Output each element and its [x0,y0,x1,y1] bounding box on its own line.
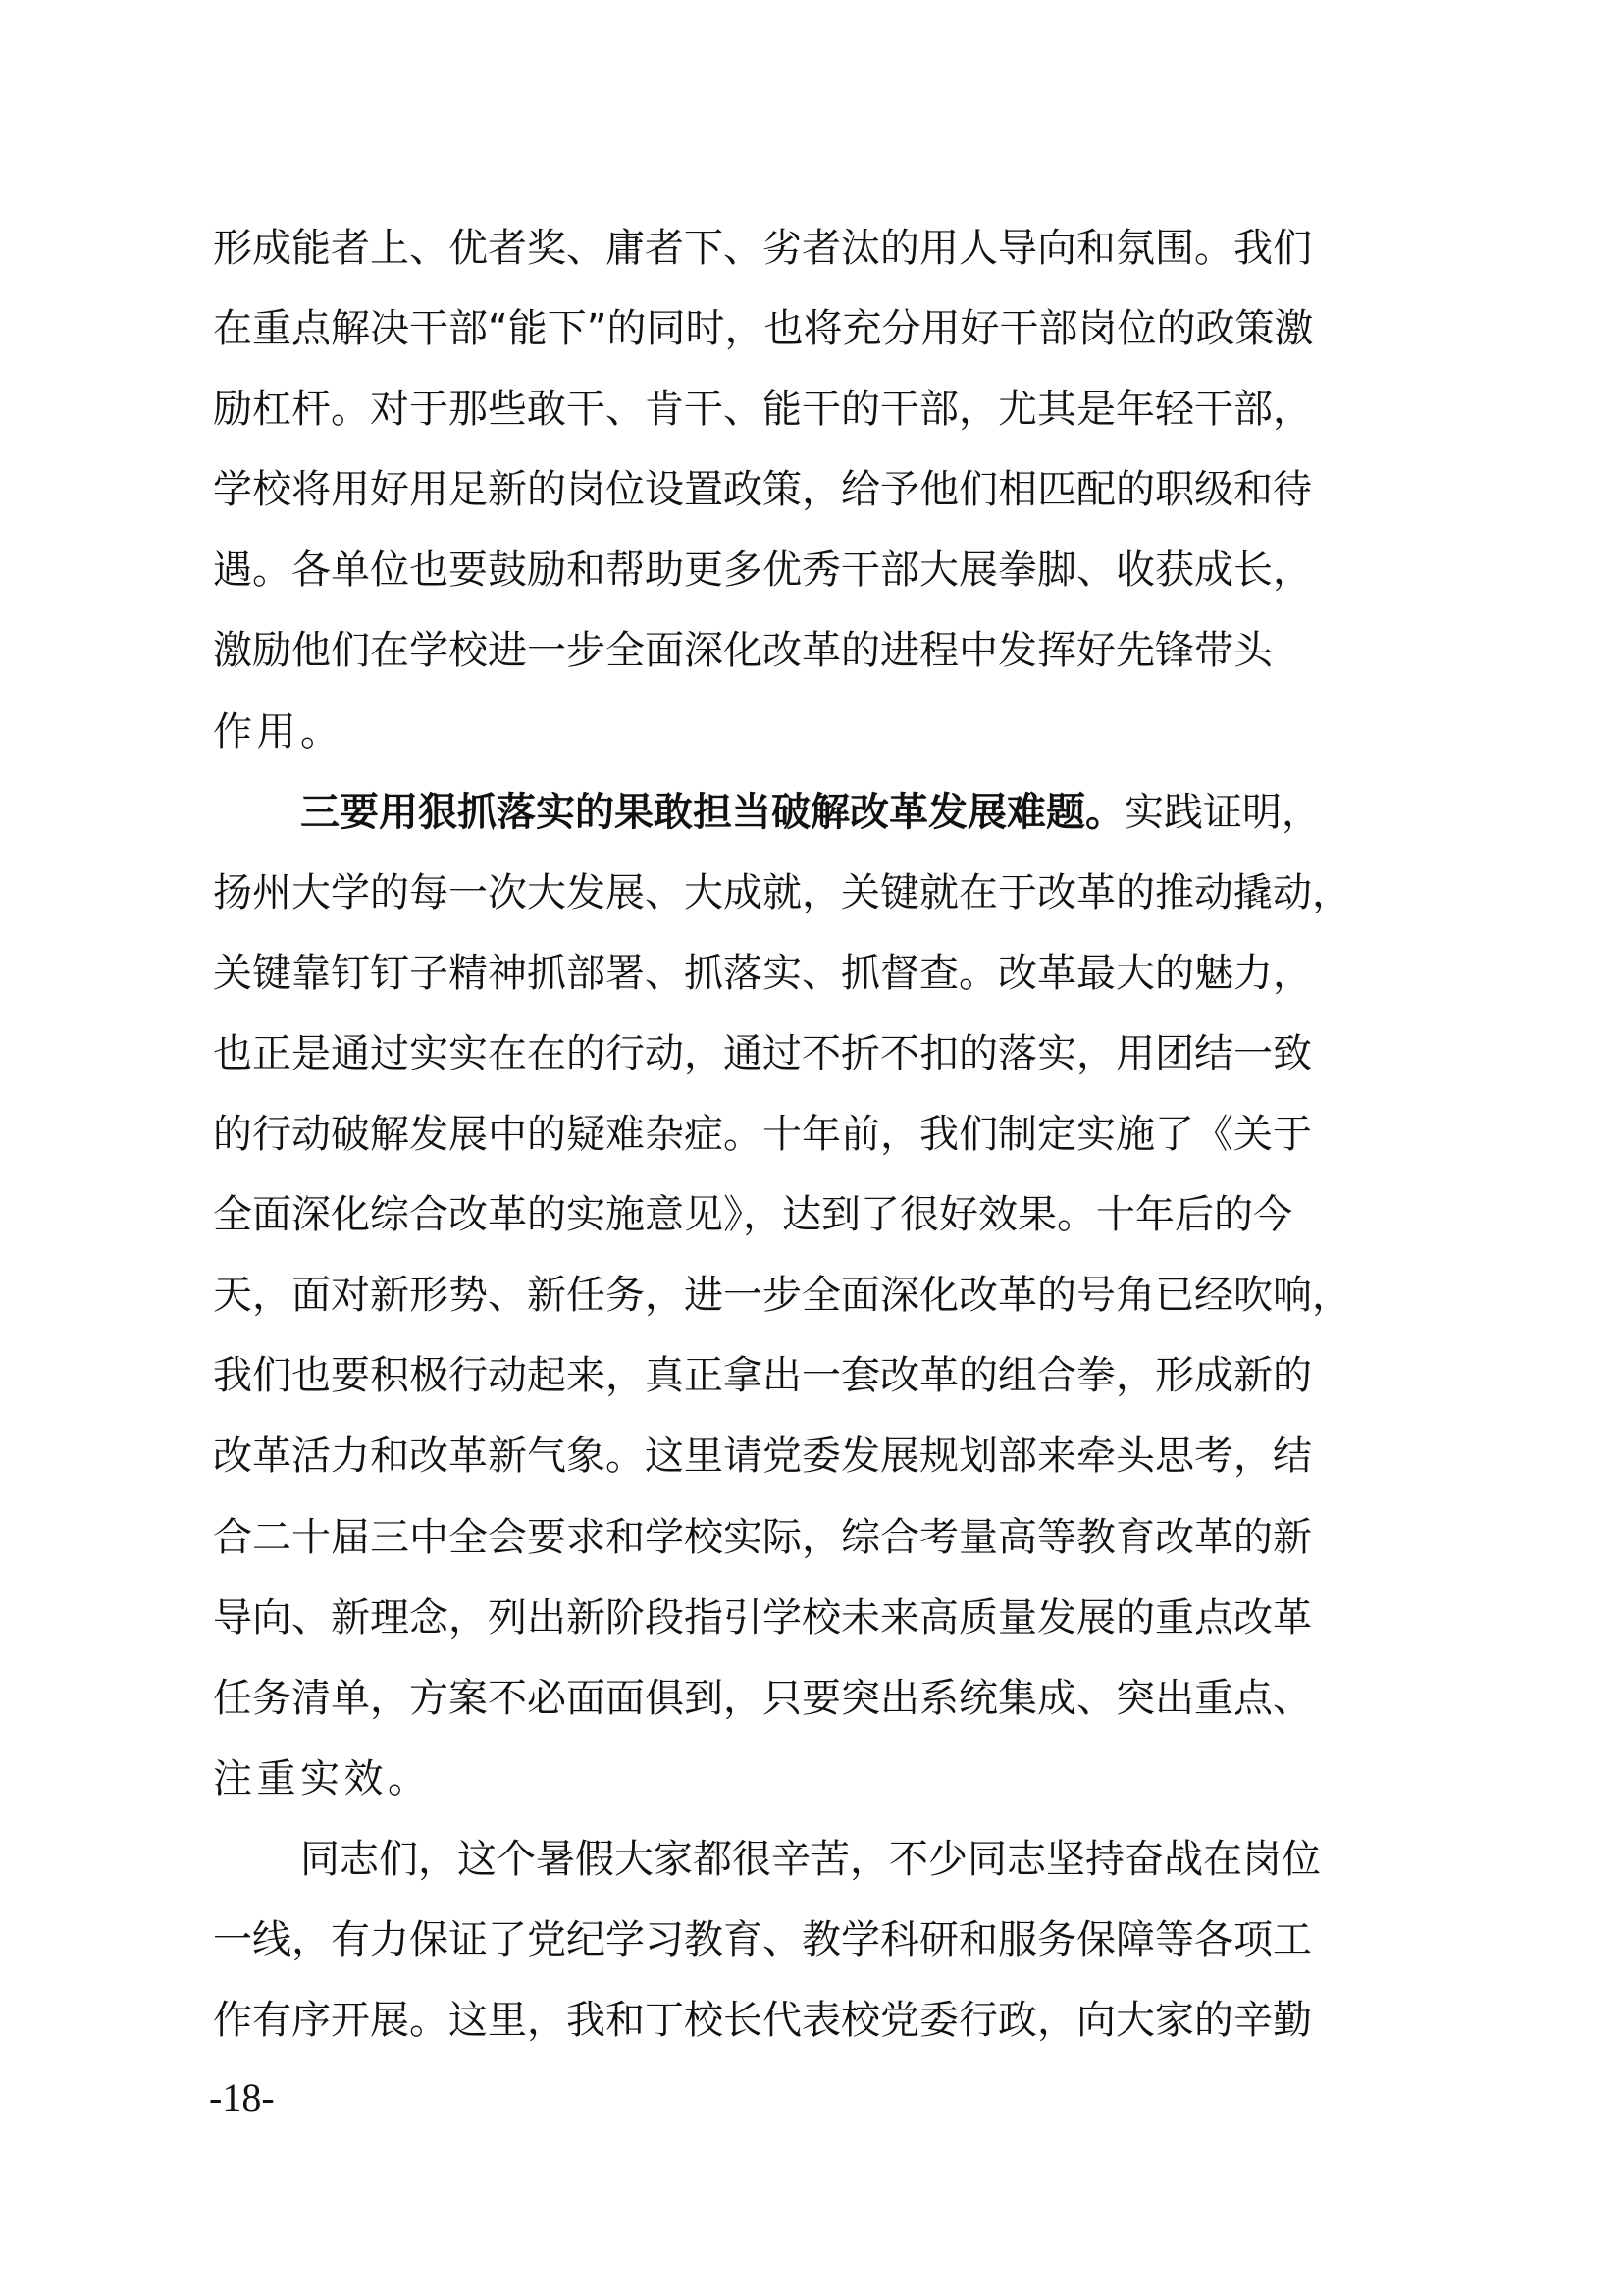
paragraph-1-line-7: 作用。 [213,705,1436,786]
paragraph-2-line-1: 三要用狠抓落实的果敢担当破解改革发展难题。实践证明， [213,786,1436,866]
body-text: 形成能者上、优者奖、庸者下、劣者汰的用人导向和氛围。我们 在重点解决干部“能下”… [213,222,1436,2074]
paragraph-2-line-1-rest: 实践证明， [1125,790,1321,835]
section-heading: 三要用狠抓落实的果敢担当破解改革发展难题。 [300,790,1125,835]
document-page: 形成能者上、优者奖、庸者下、劣者汰的用人导向和氛围。我们 在重点解决干部“能下”… [0,0,1624,2296]
paragraph-2-line-6: 全面深化综合改革的实施意见》，达到了很好效果。十年后的今 [213,1188,1436,1269]
paragraph-2-line-10: 合二十届三中全会要求和学校实际，综合考量高等教育改革的新 [213,1511,1436,1592]
paragraph-2-line-4: 也正是通过实实在在的行动，通过不折不扣的落实，用团结一致 [213,1027,1436,1108]
paragraph-1-line-1: 形成能者上、优者奖、庸者下、劣者汰的用人导向和氛围。我们 [213,222,1436,302]
paragraph-3-line-3: 作有序开展。这里，我和丁校长代表校党委行政，向大家的辛勤 [213,1994,1436,2074]
paragraph-2-line-5: 的行动破解发展中的疑难杂症。十年前，我们制定实施了《关于 [213,1108,1436,1188]
paragraph-1-line-2: 在重点解决干部“能下”的同时，也将充分用好干部岗位的政策激 [213,302,1436,383]
paragraph-2-line-8: 我们也要积极行动起来，真正拿出一套改革的组合拳，形成新的 [213,1349,1436,1430]
paragraph-2-line-13: 注重实效。 [213,1752,1436,1833]
paragraph-2-line-9: 改革活力和改革新气象。这里请党委发展规划部来牵头思考，结 [213,1430,1436,1510]
paragraph-1-line-6: 激励他们在学校进一步全面深化改革的进程中发挥好先锋带头 [213,624,1436,704]
paragraph-2-line-2: 扬州大学的每一次大发展、大成就，关键就在于改革的推动撬动， [213,866,1436,947]
paragraph-2-line-11: 导向、新理念，列出新阶段指引学校未来高质量发展的重点改革 [213,1592,1436,1672]
paragraph-3-line-2: 一线，有力保证了党纪学习教育、教学科研和服务保障等各项工 [213,1913,1436,1994]
paragraph-1-line-3: 励杠杆。对于那些敢干、肯干、能干的干部，尤其是年轻干部， [213,383,1436,463]
paragraph-2-line-3: 关键靠钉钉子精神抓部署、抓落实、抓督查。改革最大的魅力， [213,947,1436,1027]
paragraph-3-line-1: 同志们，这个暑假大家都很辛苦，不少同志坚持奋战在岗位 [213,1833,1436,1913]
paragraph-2-line-12: 任务清单，方案不必面面俱到，只要突出系统集成、突出重点、 [213,1672,1436,1752]
paragraph-2-line-7: 天，面对新形势、新任务，进一步全面深化改革的号角已经吹响， [213,1269,1436,1349]
paragraph-1-line-4: 学校将用好用足新的岗位设置政策，给予他们相匹配的职级和待 [213,463,1436,544]
paragraph-1-line-5: 遇。各单位也要鼓励和帮助更多优秀干部大展拳脚、收获成长， [213,544,1436,624]
page-number: -18- [209,2076,275,2119]
